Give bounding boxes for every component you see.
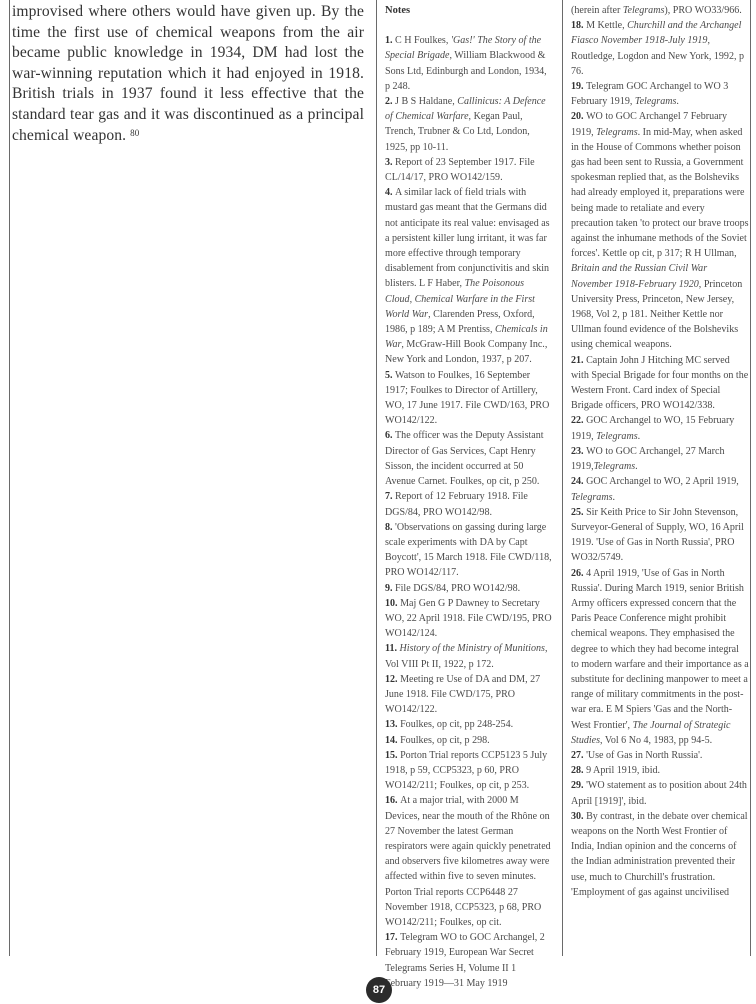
citation-title: Britain and the Russian Civil War Novemb…	[571, 263, 707, 289]
footnote-item: 26. 4 April 1919, 'Use of Gas in North R…	[571, 566, 749, 748]
footnote-item: 27. 'Use of Gas in North Russia'.	[571, 748, 749, 763]
right-border-rule	[750, 0, 751, 956]
footnote-number: 22.	[571, 415, 586, 426]
citation-title: Telegrams	[596, 127, 638, 138]
footnote-item: 24. GOC Archangel to WO, 2 April 1919, T…	[571, 474, 749, 504]
page-number-badge: 87	[366, 977, 392, 1003]
footnote-number: 13.	[385, 719, 400, 730]
footnote-item: 19. Telegram GOC Archangel to WO 3 Febru…	[571, 79, 749, 109]
body-text-column: improvised where others would have given…	[12, 2, 364, 146]
footnote-item: 7. Report of 12 February 1918. File DGS/…	[385, 489, 552, 519]
footnote-number: 12.	[385, 674, 400, 685]
footnote-reference: 80	[130, 128, 139, 138]
footnote-item: 16. At a major trial, with 2000 M Device…	[385, 793, 552, 930]
footnote-item: 2. J B S Haldane, Callinicus: A Defence …	[385, 94, 552, 155]
footnote-number: 17.	[385, 932, 400, 943]
footnote-number: 28.	[571, 765, 586, 776]
footnote-item: 20. WO to GOC Archangel 7 February 1919,…	[571, 109, 749, 352]
notes-heading: Notes	[385, 3, 552, 18]
footnote-number: 24.	[571, 476, 586, 487]
notes-list: (herein after Telegrams), PRO WO33/966.1…	[571, 3, 749, 900]
footnote-item: 21. Captain John J Hitching MC served wi…	[571, 353, 749, 414]
footnote-number: 30.	[571, 811, 586, 822]
notes-list: 1. C H Foulkes, 'Gas!' The Story of the …	[385, 33, 552, 991]
footnote-item: 5. Watson to Foulkes, 16 September 1917;…	[385, 368, 552, 429]
footnote-number: 5.	[385, 370, 395, 381]
left-border-rule	[9, 0, 10, 956]
footnote-item: 18. M Kettle, Churchill and the Archange…	[571, 18, 749, 79]
footnote-number: 2.	[385, 96, 395, 107]
footnote-number: 21.	[571, 355, 586, 366]
notes-column-right: (herein after Telegrams), PRO WO33/966.1…	[571, 3, 749, 900]
footnote-item: (herein after Telegrams), PRO WO33/966.	[571, 3, 749, 18]
footnote-number: 4.	[385, 187, 395, 198]
footnote-number: 6.	[385, 430, 395, 441]
citation-title: Chemicals in War	[385, 324, 548, 350]
citation-title: Telegrams	[623, 5, 665, 16]
footnote-number: 27.	[571, 750, 586, 761]
citation-title: Telegrams	[596, 431, 638, 442]
footnote-item: 28. 9 April 1919, ibid.	[571, 763, 749, 778]
footnote-number: 20.	[571, 111, 586, 122]
footnote-item: 12. Meeting re Use of DA and DM, 27 June…	[385, 672, 552, 718]
citation-title: The Journal of Strategic Studies	[571, 720, 731, 746]
footnote-item: 4. A similar lack of field trials with m…	[385, 185, 552, 367]
footnote-item: 6. The officer was the Deputy Assistant …	[385, 428, 552, 489]
notes-divider-rule	[376, 0, 377, 956]
footnote-item: 8. 'Observations on gassing during large…	[385, 520, 552, 581]
footnote-number: 29.	[571, 780, 586, 791]
footnote-number: 10.	[385, 598, 400, 609]
citation-title: Churchill and the Archangel Fiasco Novem…	[571, 20, 741, 46]
footnote-number: 25.	[571, 507, 586, 518]
footnote-number: 18.	[571, 20, 586, 31]
footnote-item: 1. C H Foulkes, 'Gas!' The Story of the …	[385, 33, 552, 94]
footnote-number: 9.	[385, 583, 395, 594]
footnote-item: 10. Maj Gen G P Dawney to Secretary WO, …	[385, 596, 552, 642]
body-paragraph: improvised where others would have given…	[12, 3, 364, 144]
footnote-item: 11. History of the Ministry of Munitions…	[385, 641, 552, 671]
footnote-number: 16.	[385, 795, 400, 806]
citation-title: Telegrams	[594, 461, 636, 472]
citation-title: Callinicus: A Defence of Chemical Warfar…	[385, 96, 546, 122]
footnote-item: 23. WO to GOC Archangel, 27 March 1919,T…	[571, 444, 749, 474]
citation-title: The Poisonous Cloud, Chemical Warfare in…	[385, 278, 535, 319]
notes-column-divider-rule	[562, 0, 563, 956]
footnote-item: 22. GOC Archangel to WO, 15 February 191…	[571, 413, 749, 443]
footnote-number: 8.	[385, 522, 395, 533]
footnote-number: 11.	[385, 643, 400, 654]
footnote-number: 14.	[385, 735, 400, 746]
citation-title: 'Gas!' The Story of the Special Brigade	[385, 35, 541, 61]
footnote-number: 23.	[571, 446, 586, 457]
footnote-number: 3.	[385, 157, 395, 168]
footnote-item: 29. 'WO statement as to position about 2…	[571, 778, 749, 808]
footnote-item: 13. Foulkes, op cit, pp 248-254.	[385, 717, 552, 732]
citation-title: Telegrams	[635, 96, 677, 107]
footnote-item: 17. Telegram WO to GOC Archangel, 2 Febr…	[385, 930, 552, 991]
footnote-item: 14. Foulkes, op cit, p 298.	[385, 733, 552, 748]
footnote-number: 7.	[385, 491, 395, 502]
footnote-item: 3. Report of 23 September 1917. File CL/…	[385, 155, 552, 185]
footnote-item: 25. Sir Keith Price to Sir John Stevenso…	[571, 505, 749, 566]
footnote-number: 1.	[385, 35, 395, 46]
footnote-item: 9. File DGS/84, PRO WO142/98.	[385, 581, 552, 596]
footnote-number: 19.	[571, 81, 586, 92]
footnote-item: 15. Porton Trial reports CCP5123 5 July …	[385, 748, 552, 794]
citation-title: Telegrams	[571, 492, 613, 503]
footnote-number: 15.	[385, 750, 400, 761]
notes-column-left: Notes 1. C H Foulkes, 'Gas!' The Story o…	[385, 3, 552, 991]
citation-title: History of the Ministry of Munitions	[400, 643, 545, 654]
footnote-item: 30. By contrast, in the debate over chem…	[571, 809, 749, 900]
footnote-number: 26.	[571, 568, 586, 579]
